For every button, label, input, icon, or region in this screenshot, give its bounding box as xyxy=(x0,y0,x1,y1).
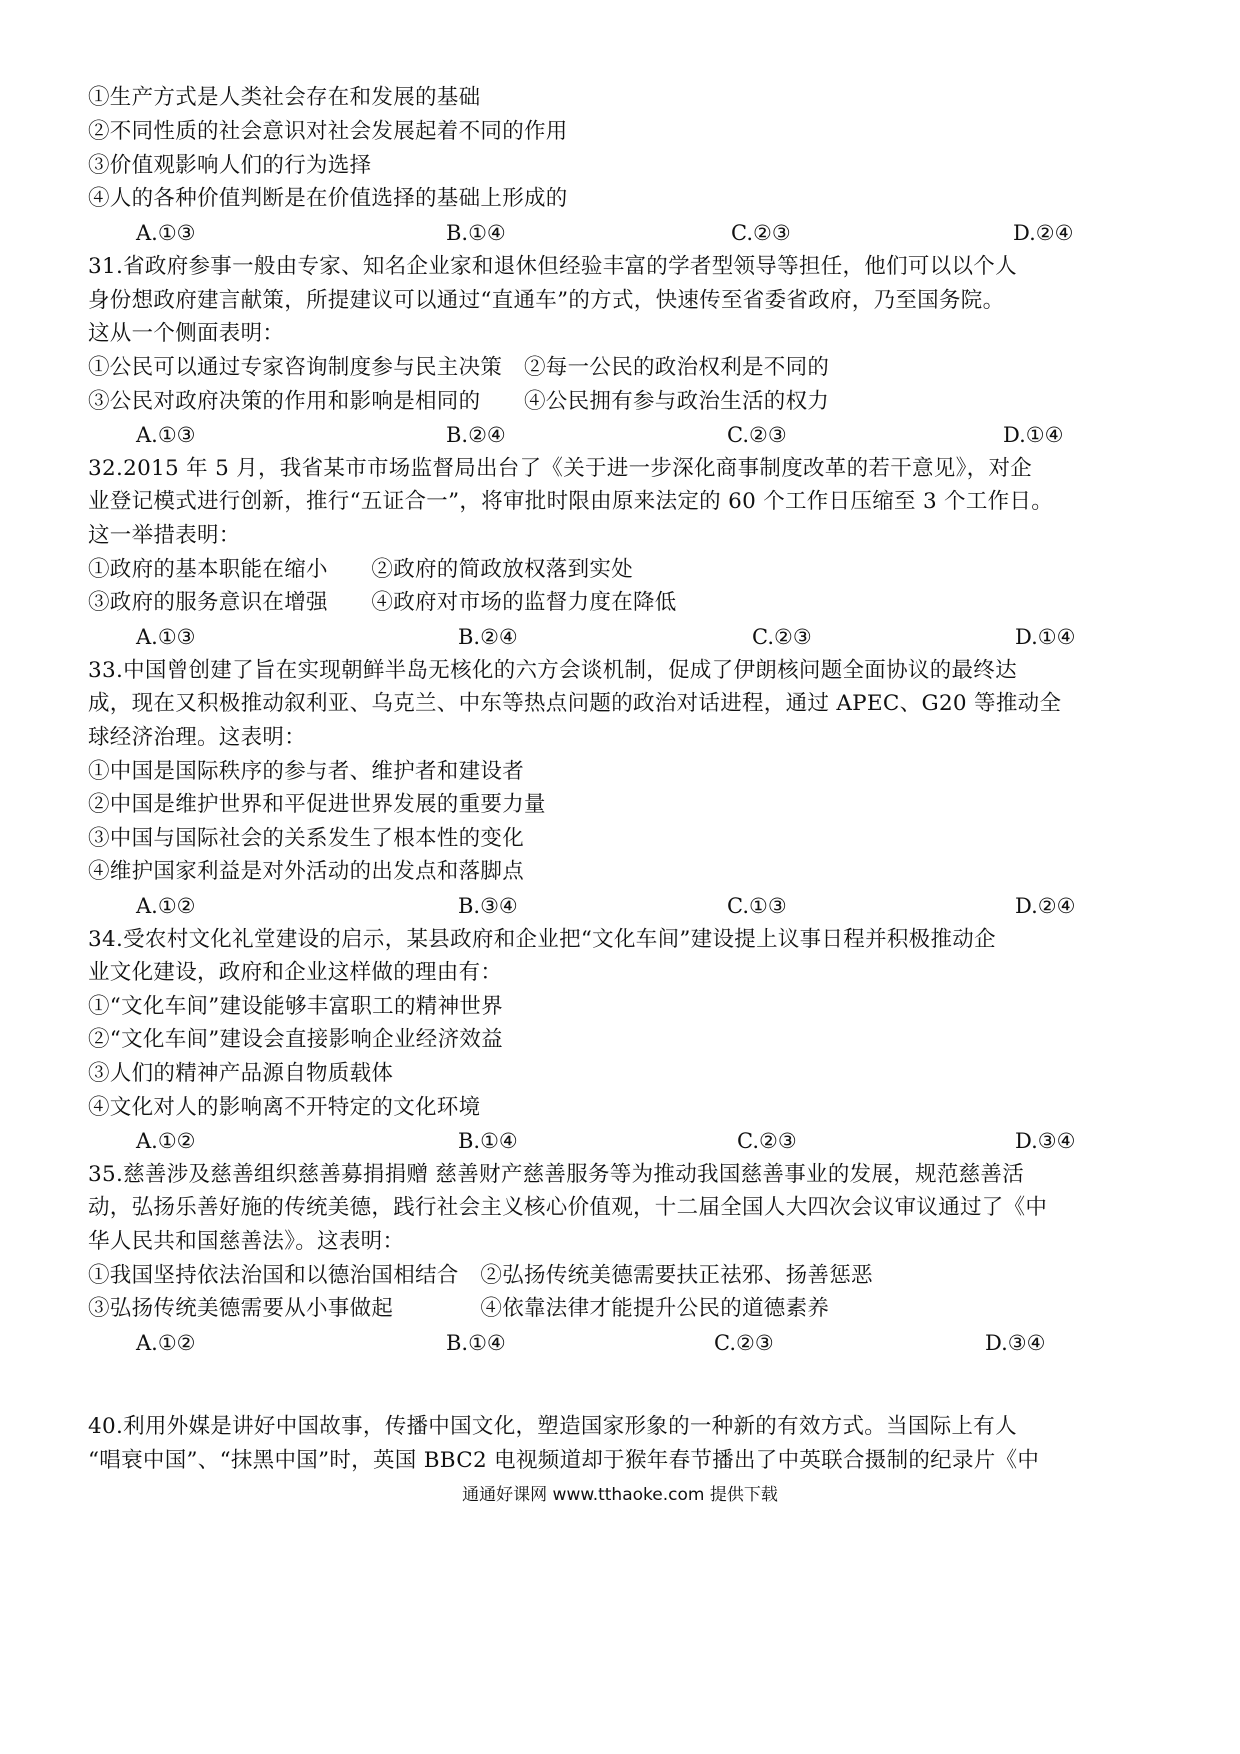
q34-stem-line-2: 业文化建设，政府和企业这样做的理由有： xyxy=(88,958,1163,988)
q35-option-a: A.①② xyxy=(136,1328,196,1358)
q34-statement-2: ②“文化车间”建设会直接影响企业经济效益 xyxy=(88,1025,1163,1055)
q35-option-c: C.②③ xyxy=(714,1328,774,1358)
q34-statement-4: ④文化对人的影响离不开特定的文化环境 xyxy=(88,1093,1163,1123)
page-footer-download-credit: 通通好课网 www.tthaoke.com 提供下载 xyxy=(0,1483,1240,1507)
q35-stem-line-1: 35.慈善涉及慈善组织慈善募捐捐赠 慈善财产慈善服务等为推动我国慈善事业的发展，… xyxy=(88,1160,1163,1190)
q32-stem-line-3: 这一举措表明： xyxy=(88,521,1163,551)
q32-options: A.①③ B.②④ C.②③ D.①④ xyxy=(0,622,1240,652)
q33-statement-4: ④维护国家利益是对外活动的出发点和落脚点 xyxy=(88,857,1163,887)
q31-option-a: A.①③ xyxy=(136,420,196,450)
q40-stem-line-2: “唱衰中国”、“抹黑中国”时，英国 BBC2 电视频道却于猴年春节播出了中英联合… xyxy=(88,1446,1163,1476)
q31-option-d: D.①④ xyxy=(1003,420,1063,450)
q31-option-c: C.②③ xyxy=(727,420,787,450)
q35-stem-line-3: 华人民共和国慈善法》。这表明： xyxy=(88,1227,1163,1257)
q32-option-b: B.②④ xyxy=(458,622,518,652)
q30-statement-2: ②不同性质的社会意识对社会发展起着不同的作用 xyxy=(88,117,1163,147)
q30-option-a: A.①③ xyxy=(136,218,196,248)
q35-option-d: D.③④ xyxy=(985,1328,1045,1358)
q32-option-a: A.①③ xyxy=(136,622,196,652)
q31-options: A.①③ B.②④ C.②③ D.①④ xyxy=(0,420,1240,450)
q35-statement-row-1: ①我国坚持依法治国和以德治国相结合 ②弘扬传统美德需要扶正祛邪、扬善惩恶 xyxy=(88,1261,1163,1291)
q31-statement-row-1: ①公民可以通过专家咨询制度参与民主决策 ②每一公民的政治权利是不同的 xyxy=(88,353,1163,383)
q32-option-c: C.②③ xyxy=(752,622,812,652)
q33-option-a: A.①② xyxy=(136,891,196,921)
q32-stem-line-2: 业登记模式进行创新，推行“五证合一”，将审批时限由原来法定的 60 个工作日压缩… xyxy=(88,487,1163,517)
q30-option-c: C.②③ xyxy=(731,218,791,248)
q33-statement-3: ③中国与国际社会的关系发生了根本性的变化 xyxy=(88,824,1163,854)
q32-statement-row-1: ①政府的基本职能在缩小 ②政府的简政放权落到实处 xyxy=(88,555,1163,585)
q30-statement-1: ①生产方式是人类社会存在和发展的基础 xyxy=(88,83,1163,113)
q31-option-b: B.②④ xyxy=(446,420,506,450)
q33-statement-1: ①中国是国际秩序的参与者、维护者和建设者 xyxy=(88,757,1163,787)
q34-option-a: A.①② xyxy=(136,1126,196,1156)
q31-stem-line-2: 身份想政府建言献策，所提建议可以通过“直通车”的方式，快速传至省委省政府，乃至国… xyxy=(88,286,1163,316)
q31-stem-line-3: 这从一个侧面表明： xyxy=(88,319,1163,349)
q30-statement-4: ④人的各种价值判断是在价值选择的基础上形成的 xyxy=(88,184,1163,214)
q40-stem-line-1: 40.利用外媒是讲好中国故事，传播中国文化，塑造国家形象的一种新的有效方式。当国… xyxy=(88,1412,1163,1442)
q33-statement-2: ②中国是维护世界和平促进世界发展的重要力量 xyxy=(88,790,1163,820)
q35-statement-row-2: ③弘扬传统美德需要从小事做起 ④依靠法律才能提升公民的道德素养 xyxy=(88,1294,1163,1324)
q34-statement-3: ③人们的精神产品源自物质载体 xyxy=(88,1059,1163,1089)
q33-option-d: D.②④ xyxy=(1015,891,1075,921)
q31-statement-row-2: ③公民对政府决策的作用和影响是相同的 ④公民拥有参与政治生活的权力 xyxy=(88,387,1163,417)
q34-stem-line-1: 34.受农村文化礼堂建设的启示，某县政府和企业把“文化车间”建设提上议事日程并积… xyxy=(88,925,1163,955)
q33-option-c: C.①③ xyxy=(727,891,787,921)
q34-options: A.①② B.①④ C.②③ D.③④ xyxy=(0,1126,1240,1156)
q31-stem-line-1: 31.省政府参事一般由专家、知名企业家和退休但经验丰富的学者型领导等担任，他们可… xyxy=(88,252,1163,282)
exam-page: ①生产方式是人类社会存在和发展的基础 ②不同性质的社会意识对社会发展起着不同的作… xyxy=(0,0,1240,1754)
q32-stem-line-1: 32.2015 年 5 月，我省某市市场监督局出台了《关于进一步深化商事制度改革… xyxy=(88,454,1163,484)
q33-option-b: B.③④ xyxy=(458,891,518,921)
q30-statement-3: ③价值观影响人们的行为选择 xyxy=(88,151,1163,181)
q30-option-d: D.②④ xyxy=(1013,218,1073,248)
q35-options: A.①② B.①④ C.②③ D.③④ xyxy=(0,1328,1240,1358)
q30-options: A.①③ B.①④ C.②③ D.②④ xyxy=(0,218,1240,248)
q32-statement-row-2: ③政府的服务意识在增强 ④政府对市场的监督力度在降低 xyxy=(88,588,1163,618)
q33-stem-line-1: 33.中国曾创建了旨在实现朝鲜半岛无核化的六方会谈机制，促成了伊朗核问题全面协议… xyxy=(88,656,1163,686)
q33-options: A.①② B.③④ C.①③ D.②④ xyxy=(0,891,1240,921)
q32-option-d: D.①④ xyxy=(1015,622,1075,652)
q30-option-b: B.①④ xyxy=(446,218,506,248)
q34-option-c: C.②③ xyxy=(737,1126,797,1156)
q35-stem-line-2: 动，弘扬乐善好施的传统美德，践行社会主义核心价值观，十二届全国人大四次会议审议通… xyxy=(88,1193,1163,1223)
q34-option-d: D.③④ xyxy=(1015,1126,1075,1156)
q35-option-b: B.①④ xyxy=(446,1328,506,1358)
q34-option-b: B.①④ xyxy=(458,1126,518,1156)
q33-stem-line-2: 成，现在又积极推动叙利亚、乌克兰、中东等热点问题的政治对话进程，通过 APEC、… xyxy=(88,689,1163,719)
q34-statement-1: ①“文化车间”建设能够丰富职工的精神世界 xyxy=(88,992,1163,1022)
q33-stem-line-3: 球经济治理。这表明： xyxy=(88,723,1163,753)
